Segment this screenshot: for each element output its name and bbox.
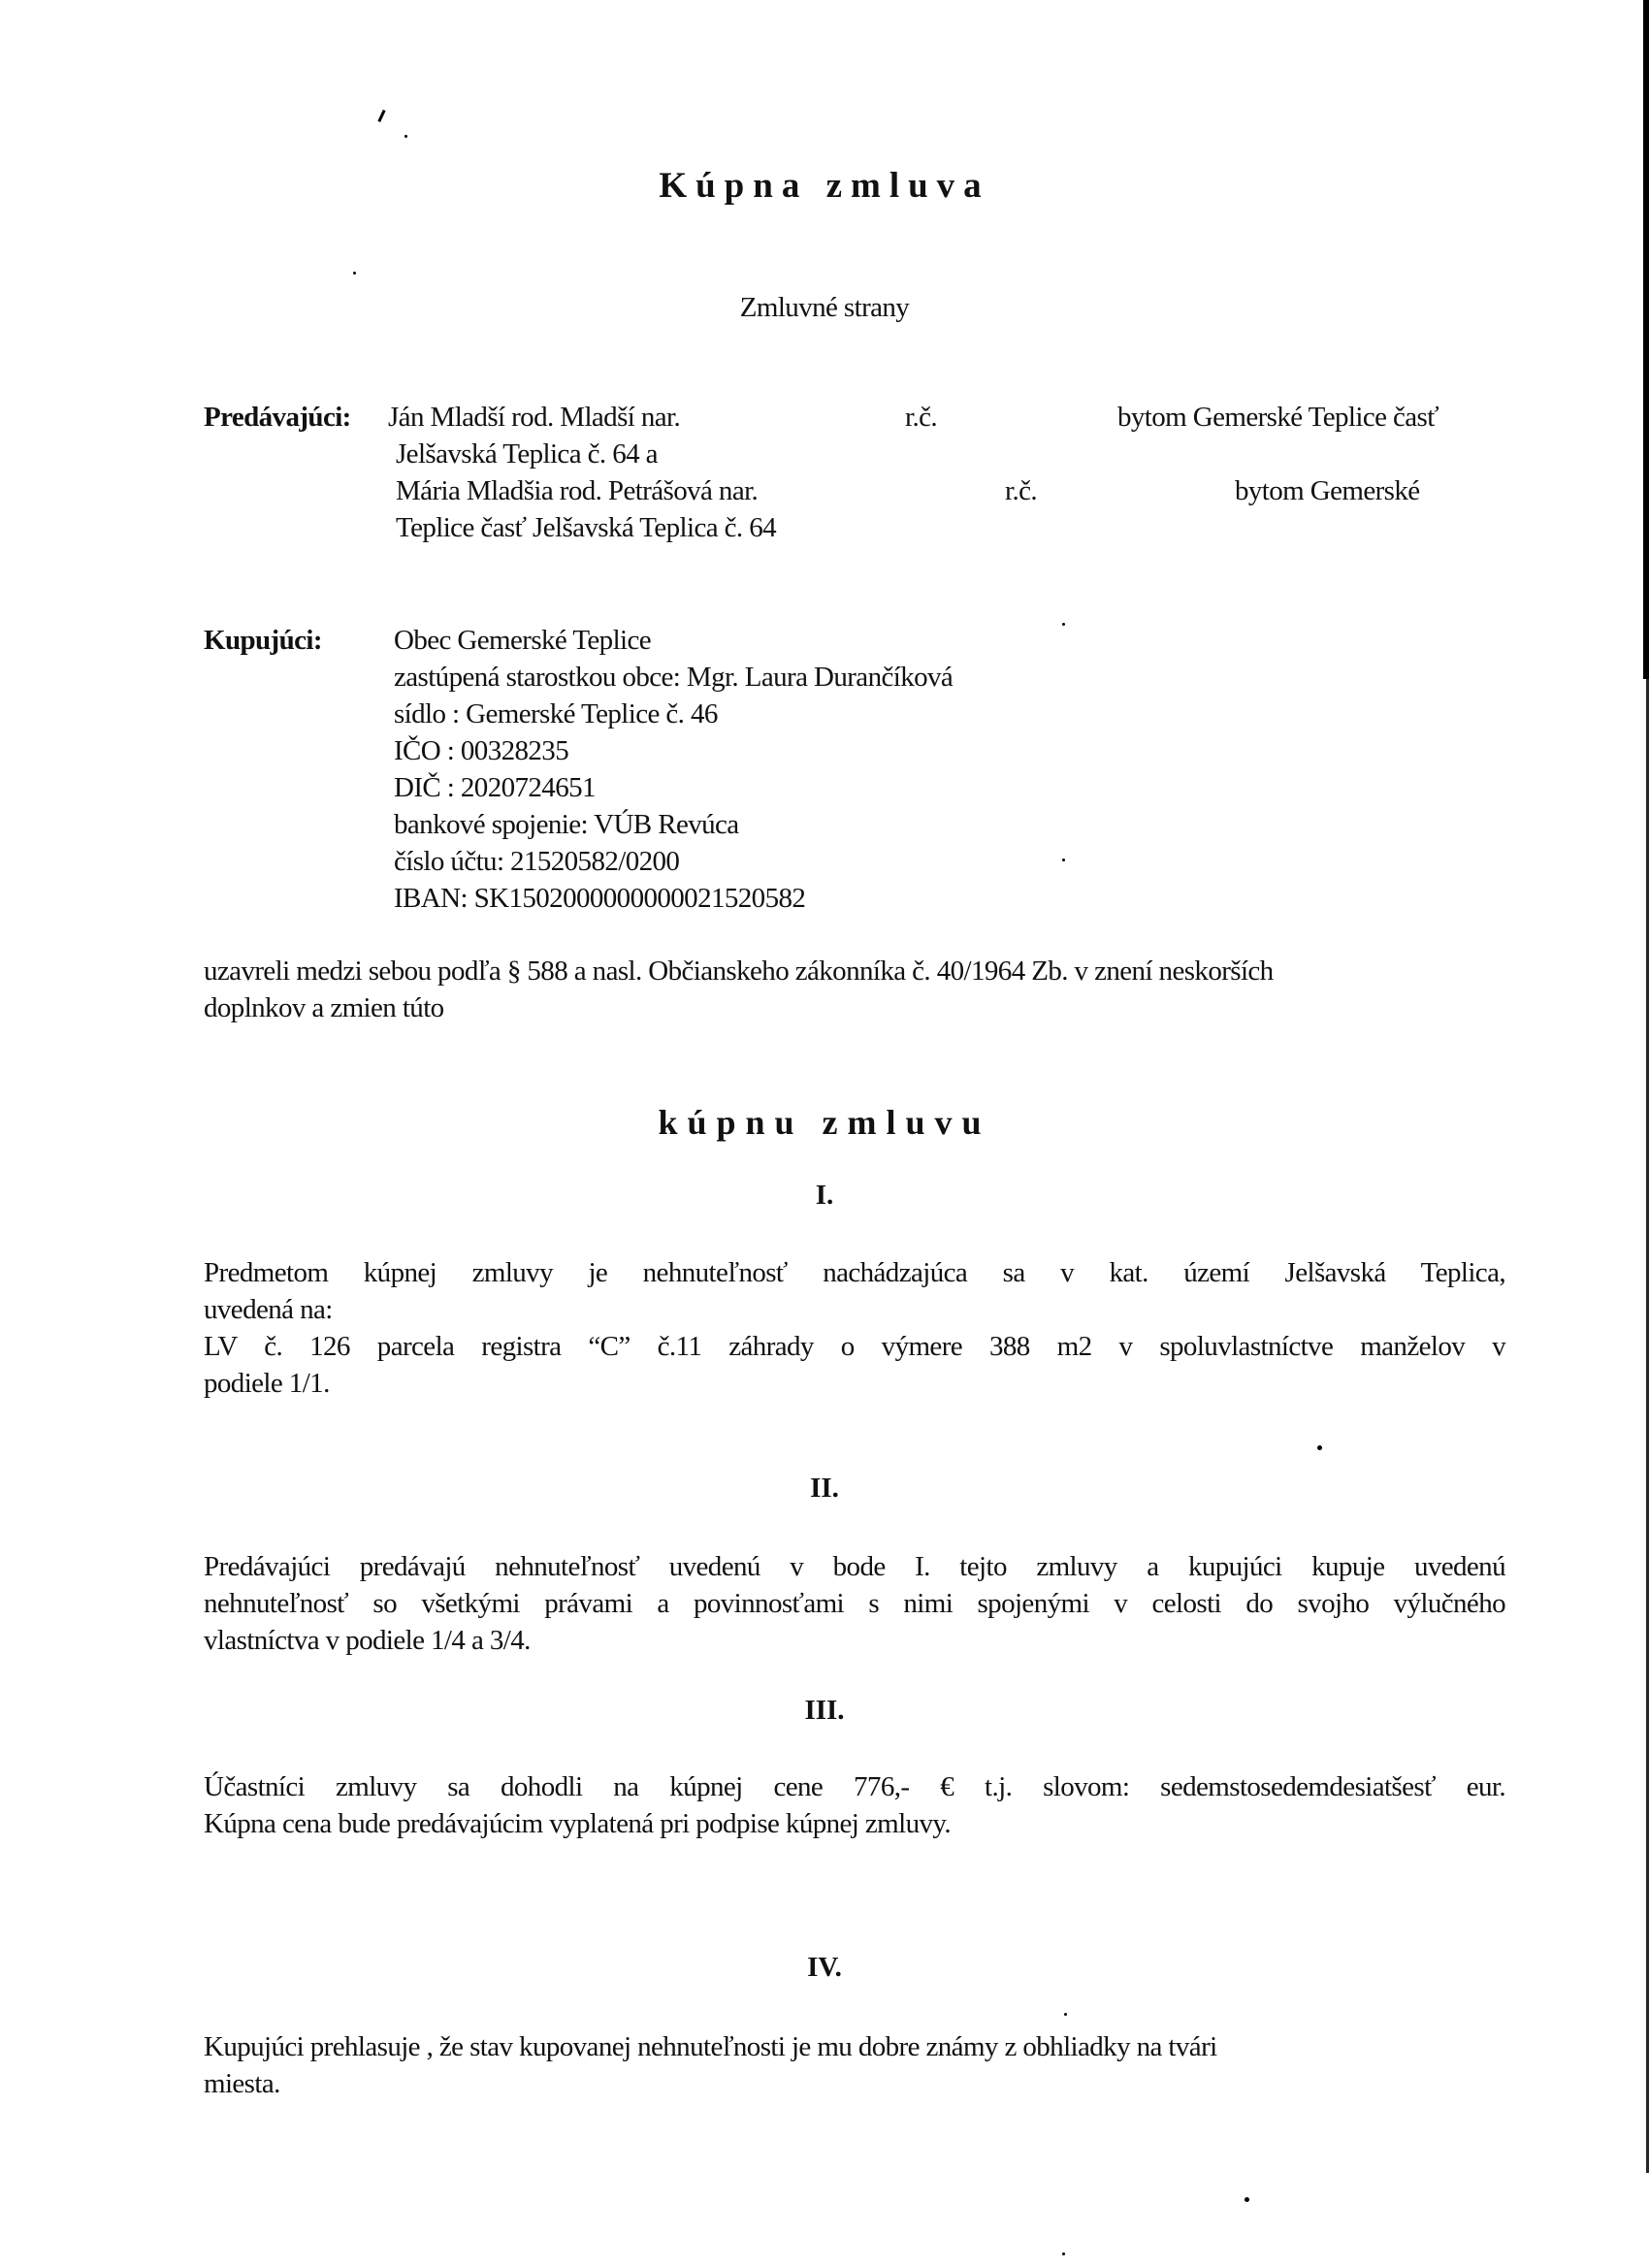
buyer-line: DIČ : 2020724651 (394, 769, 596, 806)
section-numeral: II. (0, 1473, 1649, 1505)
intro-paragraph-line: uzavreli medzi sebou podľa § 588 a nasl.… (204, 953, 1274, 989)
scan-speck (353, 272, 356, 275)
section-line: miesta. (204, 2065, 280, 2102)
scan-speck (1062, 623, 1065, 626)
section-numeral: I. (0, 1180, 1649, 1212)
scan-speck (1245, 2197, 1249, 2202)
buyer-line: IBAN: SK1502000000000021520582 (394, 880, 805, 917)
buyer-line: Obec Gemerské Teplice (394, 622, 651, 659)
contract-heading: kúpnu zmluvu (0, 1102, 1649, 1143)
section-numeral: IV. (0, 1952, 1649, 1984)
section-line: LV č. 126 parcela registra “C” č.11 záhr… (204, 1328, 1505, 1365)
section-line: vlastníctva v podiele 1/4 a 3/4. (204, 1622, 531, 1659)
scan-speck (377, 110, 385, 122)
seller-line: Jelšavská Teplica č. 64 a (396, 436, 658, 472)
scan-edge-shadow (1643, 0, 1649, 679)
section-line: podiele 1/1. (204, 1365, 330, 1402)
buyer-line: zastúpená starostkou obce: Mgr. Laura Du… (394, 659, 953, 696)
parties-heading: Zmluvné strany (0, 289, 1649, 326)
section-numeral: III. (0, 1695, 1649, 1727)
seller-rc-label: r.č. (905, 399, 937, 436)
buyer-label: Kupujúci: (204, 622, 322, 659)
seller-line: Mária Mladšia rod. Petrášová nar. (396, 472, 758, 509)
scan-speck (1064, 2013, 1067, 2016)
document-title: Kúpna zmluva (0, 165, 1649, 207)
scan-speck (1062, 2252, 1065, 2255)
scan-speck (1317, 1445, 1322, 1450)
section-line: Predávajúci predávajú nehnuteľnosť uvede… (204, 1548, 1505, 1585)
section-line: Kúpna cena bude predávajúcim vyplatená p… (204, 1805, 951, 1842)
section-line: nehnuteľnosť so všetkými právami a povin… (204, 1585, 1505, 1622)
section-line: Účastníci zmluvy sa dohodli na kúpnej ce… (204, 1768, 1505, 1805)
buyer-line: IČO : 00328235 (394, 732, 568, 769)
seller-label: Predávajúci: (204, 399, 351, 436)
section-line: Kupujúci prehlasuje , že stav kupovanej … (204, 2028, 1217, 2065)
seller-rc-label: r.č. (1005, 472, 1037, 509)
buyer-line: číslo účtu: 21520582/0200 (394, 843, 679, 880)
scan-speck (1062, 859, 1065, 861)
seller-address: bytom Gemerské (1235, 472, 1420, 509)
scan-speck (404, 135, 407, 138)
seller-line: Ján Mladší rod. Mladší nar. (388, 399, 680, 436)
section-line: uvedená na: (204, 1291, 333, 1328)
seller-line: Teplice časť Jelšavská Teplica č. 64 (396, 509, 776, 546)
intro-paragraph-line: doplnkov a zmien túto (204, 989, 444, 1026)
section-line: Predmetom kúpnej zmluvy je nehnuteľnosť … (204, 1254, 1505, 1291)
seller-address: bytom Gemerské Teplice časť (1117, 399, 1439, 436)
buyer-line: bankové spojenie: VÚB Revúca (394, 806, 739, 843)
buyer-line: sídlo : Gemerské Teplice č. 46 (394, 696, 718, 732)
